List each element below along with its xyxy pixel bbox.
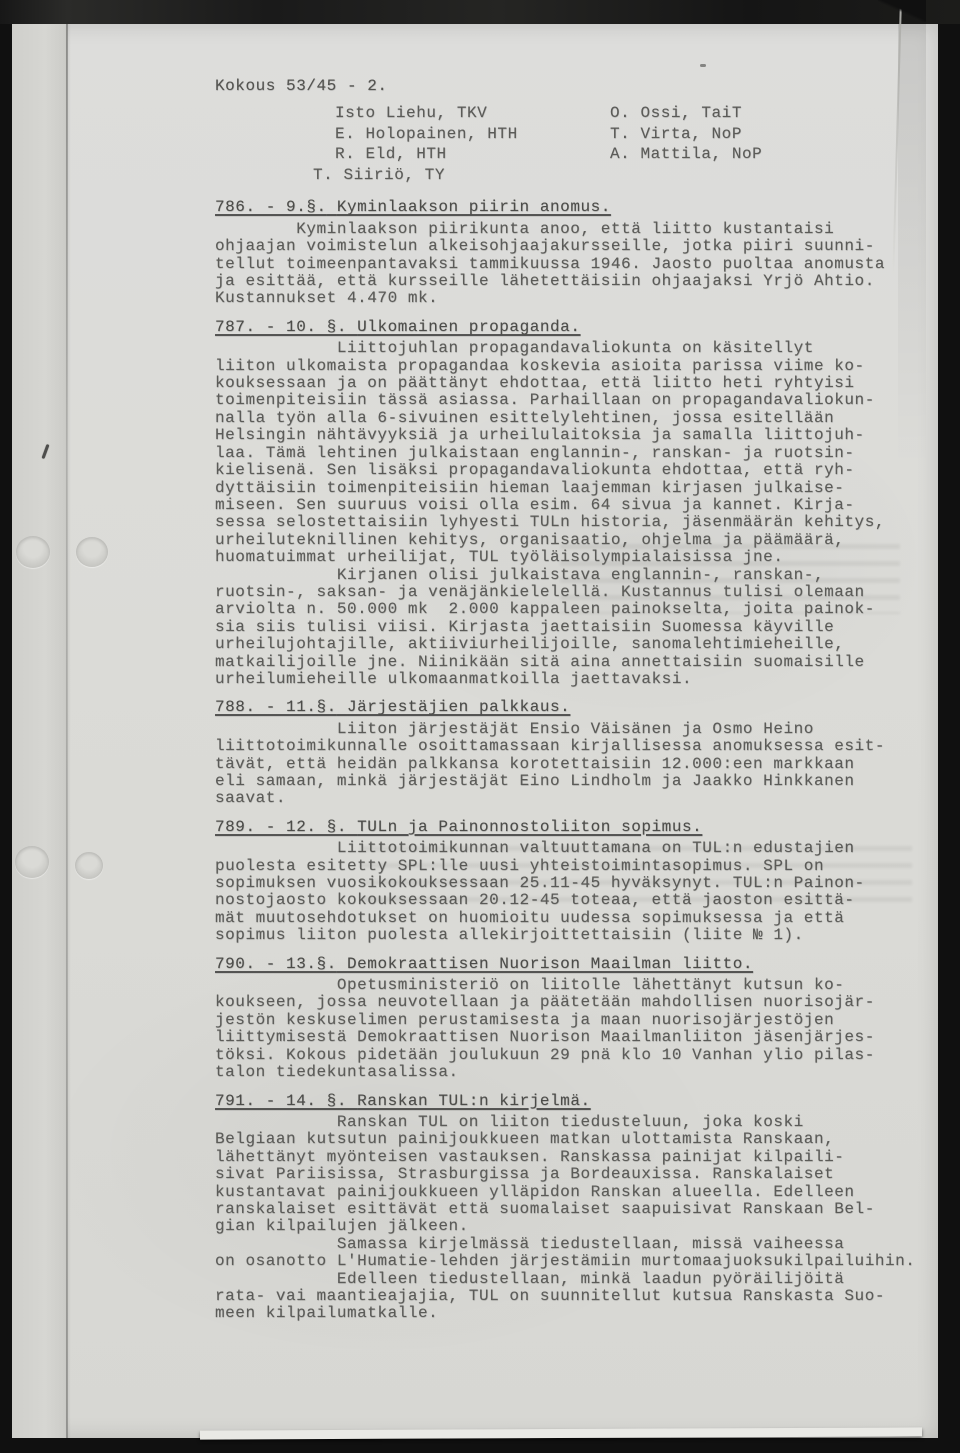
ink-bleedthrough: [560, 540, 900, 614]
section-title: Järjestäjien palkkaus.: [347, 698, 570, 716]
attendee-name: T. Siiriö, TY: [313, 165, 588, 186]
attendee-list: Isto Liehu, TKVO. Ossi, TaiTE. Holopaine…: [215, 103, 939, 185]
section-heading: 791. - 14. §. Ranskan TUL:n kirjelmä.: [215, 1093, 939, 1110]
scanned-document: Kokous 53/45 - 2. Isto Liehu, TKVO. Ossi…: [0, 0, 960, 1453]
section-paragraph: Liittojuhlan propagandavaliokunta on käs…: [215, 340, 939, 566]
section-heading: 789. - 12. §. TULn ja Painonnostoliiton …: [215, 819, 939, 836]
scanner-top-edge: [0, 0, 960, 24]
section-heading: 787. - 10. §. Ulkomainen propaganda.: [215, 319, 939, 336]
attendee-name: Isto Liehu, TKV: [335, 103, 610, 124]
attendee-name: E. Holopainen, HTH: [335, 124, 610, 145]
section-paragraph: Samassa kirjelmässä tiedustellaan, missä…: [215, 1236, 939, 1271]
minutes-section: 786. - 9.§. Kyminlaakson piirin anomus. …: [215, 199, 939, 307]
section-title: Ulkomainen propaganda.: [357, 318, 580, 336]
attendee-name: R. Eld, HTH: [335, 144, 610, 165]
attendee-name: T. Virta, NoP: [610, 125, 742, 143]
attendee-name: O. Ossi, TaiT: [610, 104, 742, 122]
section-title: TULn ja Painonnostoliiton sopimus.: [357, 818, 702, 836]
page-corner-shading: [898, 0, 926, 520]
minutes-section: 787. - 10. §. Ulkomainen propaganda. Lii…: [215, 319, 939, 689]
section-paragraph: Ranskan TUL on liiton tiedusteluun, joka…: [215, 1114, 939, 1236]
section-title: Demokraattisen Nuorison Maailman liitto.: [347, 955, 753, 973]
section-number: 791. - 14. §.: [215, 1092, 347, 1110]
meeting-reference: Kokous 53/45 - 2.: [215, 78, 939, 95]
attendee-row: R. Eld, HTHA. Mattila, NoP: [215, 144, 939, 165]
typewritten-content: Kokous 53/45 - 2. Isto Liehu, TKVO. Ossi…: [215, 78, 939, 1323]
document-page: Kokous 53/45 - 2. Isto Liehu, TKVO. Ossi…: [12, 24, 938, 1438]
attendee-row: T. Siiriö, TY: [215, 165, 939, 186]
section-title: Kyminlaakson piirin anomus.: [337, 198, 611, 216]
section-number: 789. - 12. §.: [215, 818, 347, 836]
section-heading: 786. - 9.§. Kyminlaakson piirin anomus.: [215, 199, 939, 216]
section-paragraph: Edelleen tiedustellaan, minkä laadun pyö…: [215, 1271, 939, 1323]
attendee-row: E. Holopainen, HTHT. Virta, NoP: [215, 124, 939, 145]
punch-hole: [76, 537, 108, 567]
minutes-section: 788. - 11.§. Järjestäjien palkkaus. Liit…: [215, 699, 939, 807]
fold-crease-line: [66, 24, 68, 1438]
section-number: 786. - 9.§.: [215, 198, 327, 216]
attendee-row: Isto Liehu, TKVO. Ossi, TaiT: [215, 103, 939, 124]
page-corner-cut: [878, 0, 926, 22]
smudge-mark: [700, 64, 706, 67]
minutes-section: 790. - 13.§. Demokraattisen Nuorison Maa…: [215, 956, 939, 1082]
section-heading: 790. - 13.§. Demokraattisen Nuorison Maa…: [215, 956, 939, 973]
section-heading: 788. - 11.§. Järjestäjien palkkaus.: [215, 699, 939, 716]
punch-hole: [75, 852, 103, 879]
attendee-name: A. Mattila, NoP: [610, 145, 762, 163]
minutes-section: 791. - 14. §. Ranskan TUL:n kirjelmä. Ra…: [215, 1093, 939, 1323]
section-number: 787. - 10. §.: [215, 318, 347, 336]
section-title: Ranskan TUL:n kirjelmä.: [357, 1092, 591, 1110]
section-number: 790. - 13.§.: [215, 955, 337, 973]
section-number: 788. - 11.§.: [215, 698, 337, 716]
underlying-page-edge: [12, 24, 67, 1438]
minutes-sections: 786. - 9.§. Kyminlaakson piirin anomus. …: [215, 199, 939, 1322]
ink-bleedthrough: [360, 842, 912, 908]
section-paragraph: Opetusministeriö on liitolle lähettänyt …: [215, 977, 939, 1081]
punch-hole: [16, 536, 50, 568]
section-paragraph: Liiton järjestäjät Ensio Väisänen ja Osm…: [215, 721, 939, 808]
punch-hole: [15, 846, 49, 878]
section-paragraph: Kyminlaakson piirikunta anoo, että liitt…: [215, 221, 939, 308]
